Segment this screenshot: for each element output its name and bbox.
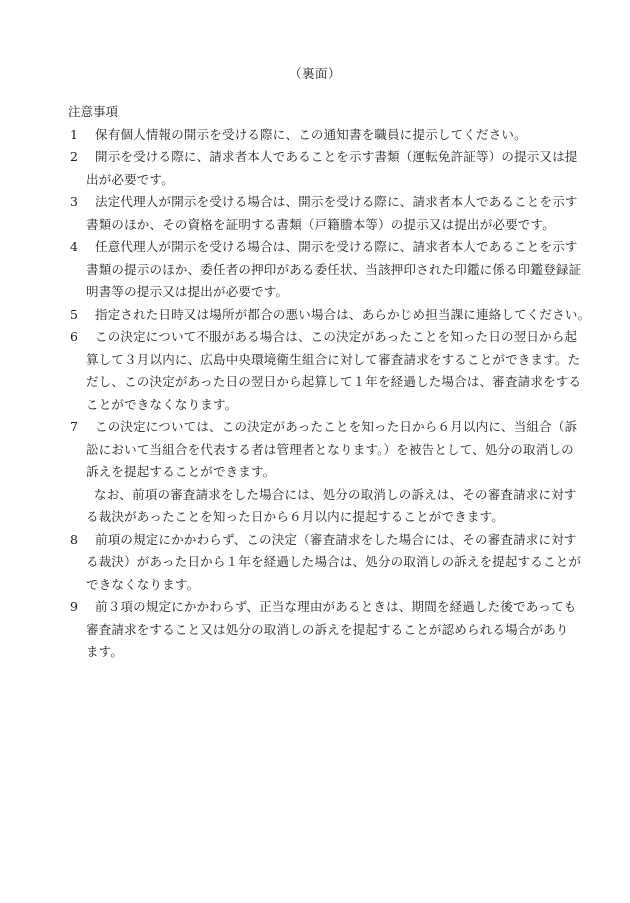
note-7-line: る裁決があったことを知った日から６月以内に提起することができます。 bbox=[68, 506, 573, 529]
note-number: 4 bbox=[68, 236, 95, 259]
notes-list: 1保有個人情報の開示を受ける際に、この通知書を職員に提示してください。2開示を受… bbox=[68, 124, 573, 664]
note-6-line: ことができなくなります。 bbox=[68, 394, 573, 417]
note-number: 3 bbox=[68, 191, 95, 214]
note-4-line: 書類の提示のほか、委任者の押印がある委任状、当該押印された印鑑に係る印鑑登録証 bbox=[68, 259, 573, 282]
notes-heading: 注意事項 bbox=[68, 101, 573, 124]
note-6-line: 算して３月以内に、広島中央環境衛生組合に対して審査請求をすることができます。た bbox=[68, 349, 573, 372]
note-7-line: 訴えを提起することができます。 bbox=[68, 461, 573, 484]
note-2-line: 出が必要です。 bbox=[68, 169, 573, 192]
note-9-line: ます。 bbox=[68, 641, 573, 664]
note-number: 8 bbox=[68, 529, 95, 552]
note-text: 指定された日時又は場所が都合の悪い場合は、あらかじめ担当課に連絡してください。 bbox=[95, 307, 590, 322]
note-text: この決定について不服がある場合は、この決定があったことを知った日の翌日から起 bbox=[95, 329, 577, 344]
note-text: 前３項の規定にかかわらず、正当な理由があるときは、期間を経過した後であっても bbox=[95, 599, 576, 614]
note-9-line: 9前３項の規定にかかわらず、正当な理由があるときは、期間を経過した後であっても bbox=[68, 596, 573, 619]
note-2-line: 2開示を受ける際に、請求者本人であることを示す書類（運転免許証等）の提示又は提 bbox=[68, 146, 573, 169]
page-side-label: （裏面） bbox=[0, 64, 630, 82]
note-1-line: 1保有個人情報の開示を受ける際に、この通知書を職員に提示してください。 bbox=[68, 124, 573, 147]
note-6-line: だし、この決定があった日の翌日から起算して１年を経過した場合は、審査請求をする bbox=[68, 371, 573, 394]
note-8-line: 8前項の規定にかかわらず、この決定（審査請求をした場合には、その審査請求に対す bbox=[68, 529, 573, 552]
note-8-line: できなくなります。 bbox=[68, 574, 573, 597]
note-number: 2 bbox=[68, 146, 95, 169]
note-8-line: る裁決）があった日から１年を経過した場合は、処分の取消しの訴えを提起することが bbox=[68, 551, 573, 574]
note-text: 前項の規定にかかわらず、この決定（審査請求をした場合には、その審査請求に対す bbox=[95, 532, 577, 547]
document-page: （裏面） 注意事項 1保有個人情報の開示を受ける際に、この通知書を職員に提示して… bbox=[0, 0, 630, 903]
note-9-line: 審査請求をすること又は処分の取消しの訴えを提起することが認められる場合があり bbox=[68, 619, 573, 642]
note-text: 任意代理人が開示を受ける場合は、開示を受ける際に、請求者本人であることを示す bbox=[95, 239, 578, 254]
note-4-line: 明書等の提示又は提出が必要です。 bbox=[68, 281, 573, 304]
note-7-line: なお、前項の審査請求をした場合には、処分の取消しの訴えは、その審査請求に対す bbox=[68, 484, 573, 507]
note-number: 7 bbox=[68, 416, 95, 439]
note-number: 5 bbox=[68, 304, 95, 327]
note-number: 6 bbox=[68, 326, 95, 349]
note-7-line: 7この決定については、この決定があったことを知った日から６月以内に、当組合（訴 bbox=[68, 416, 573, 439]
note-3-line: 3法定代理人が開示を受ける場合は、開示を受ける際に、請求者本人であることを示す bbox=[68, 191, 573, 214]
note-6-line: 6この決定について不服がある場合は、この決定があったことを知った日の翌日から起 bbox=[68, 326, 573, 349]
note-text: 法定代理人が開示を受ける場合は、開示を受ける際に、請求者本人であることを示す bbox=[95, 194, 578, 209]
note-3-line: 書類のほか、その資格を証明する書類（戸籍謄本等）の提示又は提出が必要です。 bbox=[68, 214, 573, 237]
note-4-line: 4任意代理人が開示を受ける場合は、開示を受ける際に、請求者本人であることを示す bbox=[68, 236, 573, 259]
note-7-line: 訟において当組合を代表する者は管理者となります。）を被告として、処分の取消しの bbox=[68, 439, 573, 462]
note-number: 9 bbox=[68, 596, 95, 619]
note-number: 1 bbox=[68, 124, 95, 147]
note-text: この決定については、この決定があったことを知った日から６月以内に、当組合（訴 bbox=[95, 419, 577, 434]
note-5-line: 5指定された日時又は場所が都合の悪い場合は、あらかじめ担当課に連絡してください。 bbox=[68, 304, 573, 327]
note-text: 開示を受ける際に、請求者本人であることを示す書類（運転免許証等）の提示又は提 bbox=[95, 149, 578, 164]
notes-section: 注意事項 1保有個人情報の開示を受ける際に、この通知書を職員に提示してください。… bbox=[68, 101, 573, 664]
note-text: 保有個人情報の開示を受ける際に、この通知書を職員に提示してください。 bbox=[95, 127, 527, 142]
